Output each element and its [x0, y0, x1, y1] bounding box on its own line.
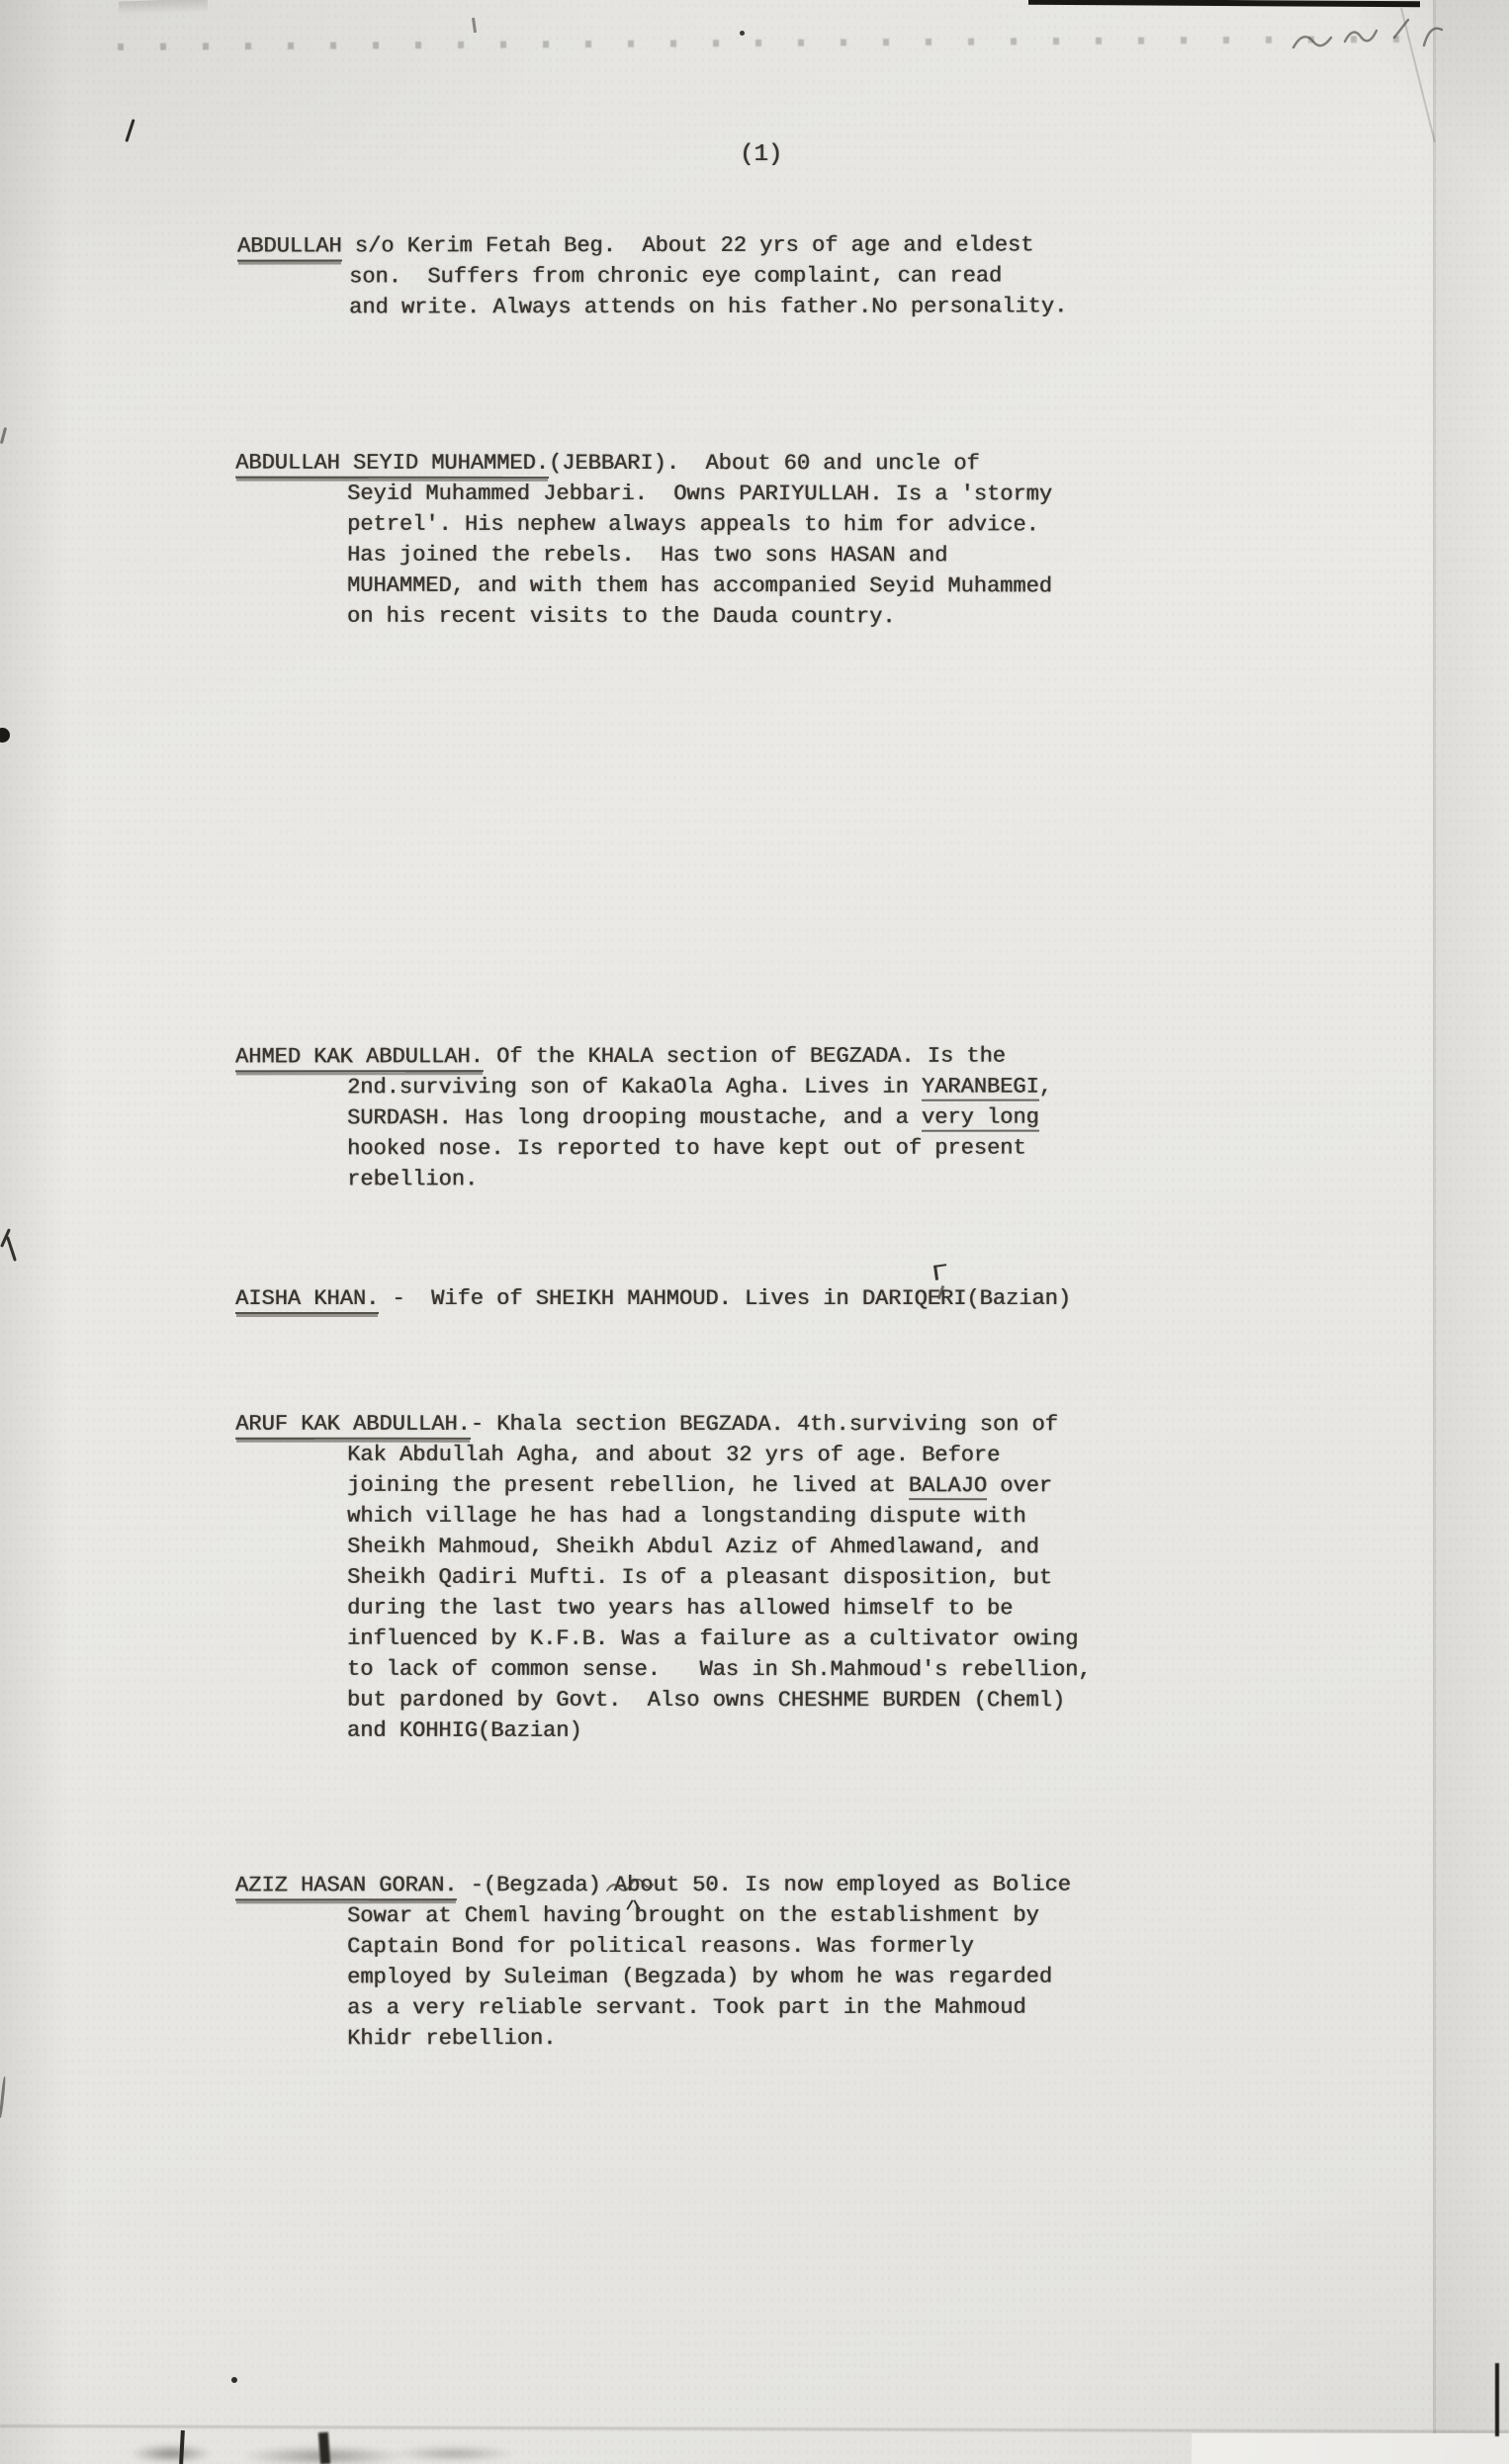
text-segment: -(Begzada) About 50. Is now employed as … — [457, 1873, 1071, 1898]
text-line: and KOHHIG(Bazian) — [235, 1716, 1092, 1747]
text-segment: (JEBBARI). About 60 and uncle of — [549, 451, 980, 476]
text-line: on his recent visits to the Dauda countr… — [235, 601, 1052, 633]
top-left-edge-shadow — [119, 0, 208, 16]
ink-dot — [231, 2377, 237, 2383]
text-segment: to lack of common sense. Was in Sh.Mahmo… — [347, 1657, 1092, 1683]
margin-ink-dot — [0, 728, 10, 743]
text-segment: and KOHHIG(Bazian) — [347, 1718, 582, 1743]
text-line: 2nd.surviving son of KakaOla Agha. Lives… — [235, 1072, 1052, 1103]
text-line: AHMED KAK ABDULLAH. Of the KHALA section… — [235, 1041, 1052, 1073]
text-segment: influenced by K.F.B. Was a failure as a … — [347, 1627, 1078, 1652]
top-right-corner-edge — [1400, 8, 1436, 142]
text-line: rebellion. — [235, 1164, 1052, 1195]
underlying-page-edge — [1192, 2433, 1509, 2464]
text-segment: petrel'. His nephew always appeals to hi… — [347, 512, 1039, 538]
text-segment: hooked nose. Is reported to have kept ou… — [347, 1136, 1026, 1162]
text-segment: Sowar at Cheml having brought on the est… — [347, 1903, 1039, 1929]
text-segment: Has joined the rebels. Has two sons HASA… — [347, 543, 947, 569]
pen-scribble — [1286, 8, 1473, 62]
text-line: Khidr rebellion. — [235, 2023, 1071, 2055]
text-line: son. Suffers from chronic eye complaint,… — [237, 260, 1067, 292]
pen-tick-mark — [472, 18, 477, 33]
text-segment: rebellion. — [347, 1167, 478, 1191]
page-fold-line — [1433, 0, 1436, 2464]
text-line: ARUF KAK ABDULLAH.- Khala section BEGZAD… — [235, 1409, 1092, 1441]
text-segment: Sheikh Qadiri Mufti. Is of a pleasant di… — [347, 1565, 1052, 1590]
text-segment: employed by Suleiman (Begzada) by whom h… — [347, 1965, 1052, 1990]
text-line: MUHAMMED, and with them has accompanied … — [235, 571, 1052, 602]
text-segment: - Khala section BEGZADA. 4th.surviving s… — [471, 1412, 1058, 1437]
margin-pen-mark — [0, 427, 7, 444]
text-segment: and write. Always attends on his father.… — [349, 294, 1067, 319]
entry-heading: ARUF KAK ABDULLAH. — [235, 1412, 471, 1440]
text-line: AZIZ HASAN GORAN. -(Begzada) About 50. I… — [235, 1870, 1071, 1901]
margin-pen-mark — [0, 1228, 11, 1247]
text-segment: son. Suffers from chronic eye complaint,… — [349, 264, 1002, 290]
text-line: as a very reliable servant. Took part in… — [235, 1992, 1071, 2024]
margin-pen-mark — [125, 119, 134, 142]
text-segment: which village he has had a longstanding … — [347, 1504, 1026, 1529]
text-line: Seyid Muhammed Jebbari. Owns PARIYULLAH.… — [235, 479, 1052, 510]
text-line: but pardoned by Govt. Also owns CHESHME … — [235, 1685, 1092, 1716]
right-edge-shadow — [1436, 0, 1509, 2464]
entry-heading: ABDULLAH SEYID MUHAMMED. — [235, 451, 549, 479]
underlined-text: very long — [922, 1105, 1039, 1132]
top-right-corner-shadow — [1361, 0, 1509, 183]
text-segment: Seyid Muhammed Jebbari. Owns PARIYULLAH.… — [347, 482, 1052, 507]
text-line: Kak Abdullah Agha, and about 32 yrs of a… — [235, 1440, 1092, 1471]
text-line: Sheikh Qadiri Mufti. Is of a pleasant di… — [235, 1562, 1092, 1594]
text-segment: Captain Bond for political reasons. Was … — [347, 1934, 974, 1960]
torn-top-edge — [81, 36, 1424, 50]
text-line: to lack of common sense. Was in Sh.Mahmo… — [235, 1654, 1092, 1686]
text-line: ABDULLAH s/o Kerim Fetah Beg. About 22 y… — [237, 229, 1067, 261]
bottom-ink-smudge — [84, 2438, 519, 2464]
text-line: employed by Suleiman (Begzada) by whom h… — [235, 1962, 1071, 1993]
text-segment: s/o Kerim Fetah Beg. About 22 yrs of age… — [342, 232, 1034, 258]
text-segment: SURDASH. Has long drooping moustache, an… — [347, 1105, 922, 1131]
entry-heading: AHMED KAK ABDULLAH. — [235, 1044, 484, 1072]
entry-aziz-hasan-goran: AZIZ HASAN GORAN. -(Begzada) About 50. I… — [235, 1870, 1071, 2055]
text-line: ABDULLAH SEYID MUHAMMED.(JEBBARI). About… — [235, 448, 1052, 480]
entry-heading: AISHA KHAN. — [235, 1286, 379, 1314]
bottom-crease-line — [0, 2424, 1509, 2433]
text-segment: on his recent visits to the Dauda countr… — [347, 604, 896, 629]
entry-heading: AZIZ HASAN GORAN. — [235, 1873, 457, 1900]
text-segment: joining the present rebellion, he lived … — [347, 1473, 909, 1498]
scanned-document-page: (1) ABDULLAH s/o Kerim Fetah Beg. About … — [0, 0, 1509, 2464]
text-segment: Kak Abdullah Agha, and about 32 yrs of a… — [347, 1443, 1000, 1467]
text-line: joining the present rebellion, he lived … — [235, 1470, 1092, 1502]
text-segment: during the last two years has allowed hi… — [347, 1596, 1013, 1621]
right-edge-mark — [1495, 2363, 1499, 2436]
text-segment: Sheikh Mahmoud, Sheikh Abdul Aziz of Ahm… — [347, 1535, 1039, 1559]
bottom-crease-tick — [179, 2430, 185, 2464]
text-segment: MUHAMMED, and with them has accompanied … — [347, 573, 1052, 599]
text-line: Has joined the rebels. Has two sons HASA… — [235, 540, 1052, 572]
text-segment: as a very reliable servant. Took part in… — [347, 1995, 1026, 2021]
margin-pen-mark — [0, 2076, 6, 2118]
entry-heading: ABDULLAH — [237, 233, 342, 261]
text-segment: but pardoned by Govt. Also owns CHESHME … — [347, 1688, 1065, 1714]
text-line: hooked nose. Is reported to have kept ou… — [235, 1133, 1052, 1165]
text-line: and write. Always attends on his father.… — [237, 291, 1067, 322]
text-segment: Of the KHALA section of BEGZADA. Is the — [484, 1044, 1006, 1070]
entry-ahmed-kak-abdullah: AHMED KAK ABDULLAH. Of the KHALA section… — [235, 1041, 1052, 1195]
text-segment: - Wife of SHEIKH MAHMOUD. Lives in DARIQ… — [379, 1286, 1071, 1311]
text-line: petrel'. His nephew always appeals to hi… — [235, 509, 1052, 541]
handwritten-mark — [933, 1264, 948, 1280]
bottom-crease-tick — [318, 2432, 330, 2464]
text-segment: Khidr rebellion. — [347, 2026, 556, 2051]
text-segment: over — [987, 1473, 1052, 1498]
margin-pen-mark — [6, 1236, 17, 1262]
text-line: Sowar at Cheml having brought on the est… — [235, 1900, 1071, 1932]
underlined-text: YARANBEGI — [922, 1075, 1039, 1101]
text-segment: , — [1039, 1075, 1052, 1100]
text-line: during the last two years has allowed hi… — [235, 1593, 1092, 1625]
text-line: Sheikh Mahmoud, Sheikh Abdul Aziz of Ahm… — [235, 1532, 1092, 1563]
text-line: which village he has had a longstanding … — [235, 1501, 1092, 1533]
entry-abdullah: ABDULLAH s/o Kerim Fetah Beg. About 22 y… — [237, 229, 1067, 322]
text-segment: 2nd.surviving son of KakaOla Agha. Lives… — [347, 1075, 922, 1100]
text-line: AISHA KHAN. - Wife of SHEIKH MAHMOUD. Li… — [235, 1283, 1071, 1314]
entry-aruf-kak-abdullah: ARUF KAK ABDULLAH.- Khala section BEGZAD… — [235, 1409, 1092, 1747]
text-line: Captain Bond for political reasons. Was … — [235, 1931, 1071, 1963]
scan-edge-strip — [1028, 0, 1420, 7]
page-number: (1) — [740, 139, 782, 170]
text-line: SURDASH. Has long drooping moustache, an… — [235, 1102, 1052, 1134]
entry-aisha-khan: AISHA KHAN. - Wife of SHEIKH MAHMOUD. Li… — [235, 1283, 1071, 1314]
left-edge-shadow — [0, 0, 69, 2464]
ink-dot — [740, 31, 745, 36]
text-line: influenced by K.F.B. Was a failure as a … — [235, 1624, 1092, 1655]
entry-abdullah-seyid-muhammed: ABDULLAH SEYID MUHAMMED.(JEBBARI). About… — [235, 448, 1052, 633]
underlined-text: BALAJO — [909, 1473, 987, 1500]
